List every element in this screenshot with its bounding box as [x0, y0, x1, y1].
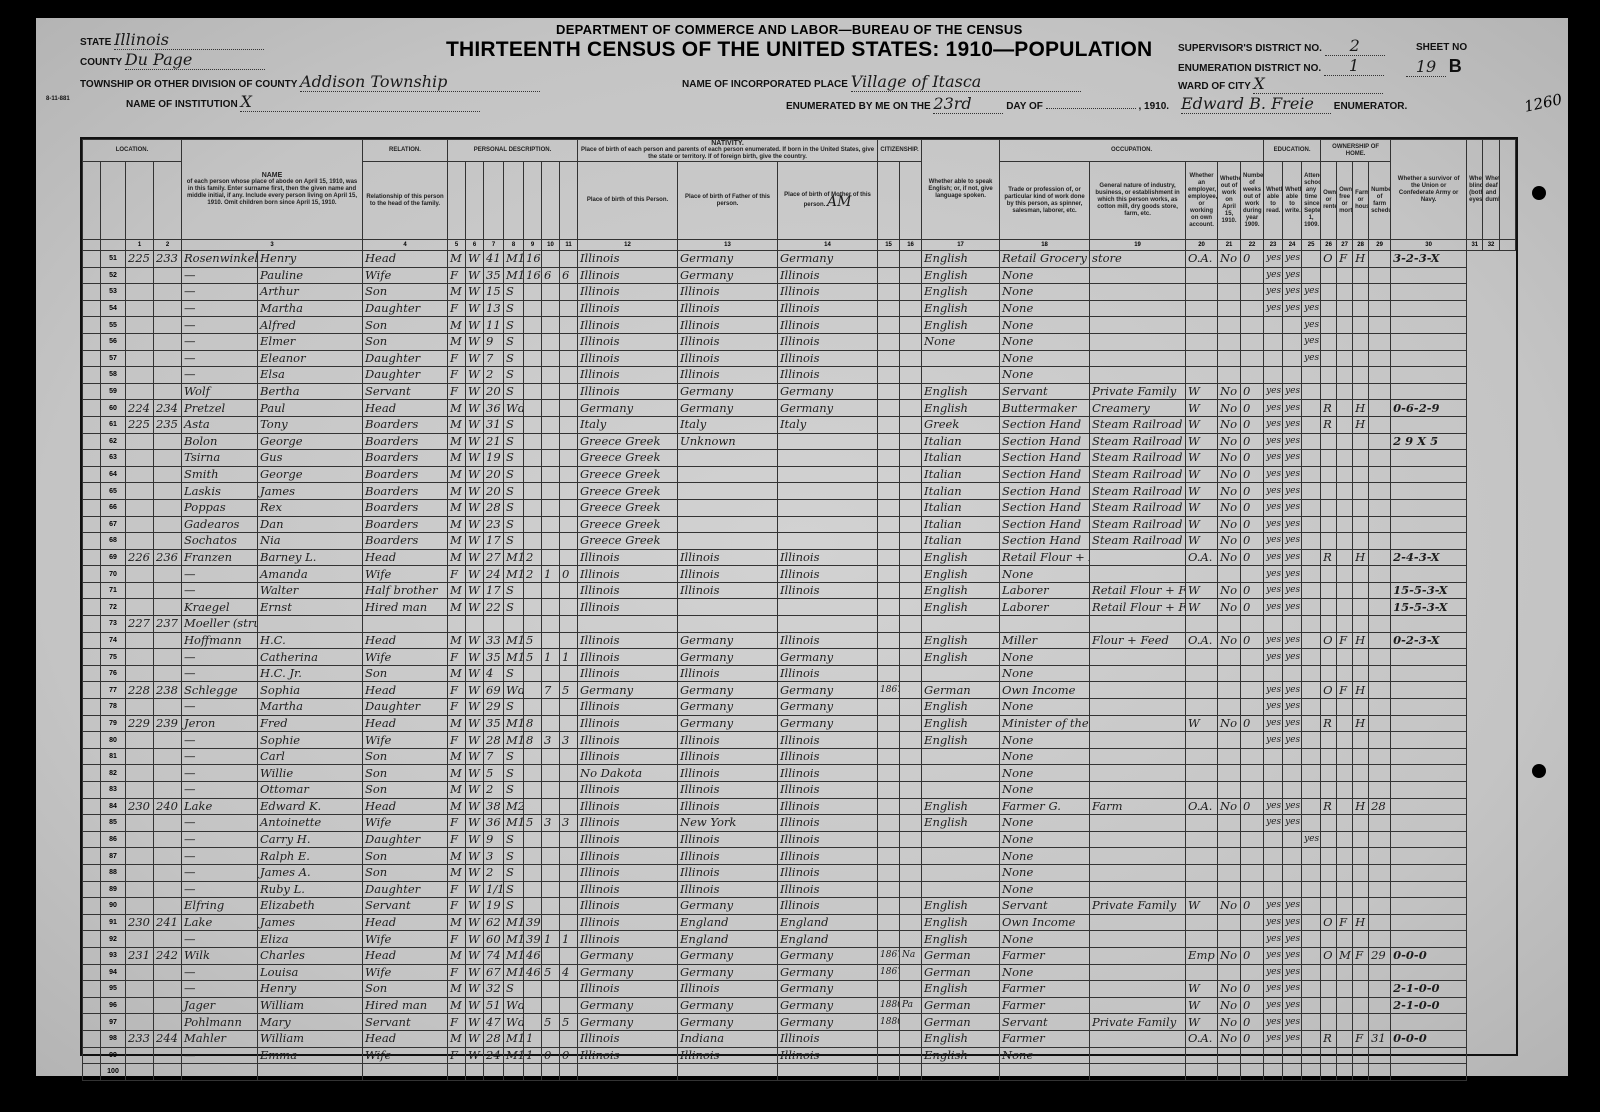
language	[922, 616, 1000, 633]
line-number: 53	[101, 284, 126, 301]
owned-rented: O	[1321, 682, 1337, 699]
dwelling-number	[126, 350, 154, 367]
farm-house	[1353, 599, 1369, 616]
line-number: 51	[101, 251, 126, 268]
naturalized	[900, 931, 922, 948]
age: 2	[484, 367, 504, 384]
farm-house	[1353, 699, 1369, 716]
naturalized	[900, 765, 922, 782]
out-of-work	[1218, 682, 1241, 699]
can-read: yes	[1264, 699, 1283, 716]
street-cell	[83, 947, 101, 964]
naturalized	[900, 616, 922, 633]
relation: Boarders	[363, 450, 448, 467]
children-born	[542, 1030, 560, 1047]
language: Italian	[922, 466, 1000, 483]
table-row: 63 Tsirna Gus Boarders M W 19 S Greece G…	[83, 450, 1516, 467]
children-living	[560, 831, 578, 848]
can-write: yes	[1283, 549, 1302, 566]
table-row: 61 225 235 Asta Tony Boarders M W 31 S I…	[83, 416, 1516, 433]
free-mortgaged	[1337, 931, 1353, 948]
can-write: yes	[1283, 383, 1302, 400]
given-name: Carl	[258, 748, 363, 765]
family-number	[154, 649, 182, 666]
weeks-out	[1241, 350, 1264, 367]
coded-notation	[1391, 732, 1467, 749]
children-living	[560, 383, 578, 400]
language: English	[922, 566, 1000, 583]
line-number: 62	[101, 433, 126, 450]
table-row: 80 — Sophie Wife F W 28 M1 8 3 3 Illinoi…	[83, 732, 1516, 749]
children-born	[542, 383, 560, 400]
owned-rented	[1321, 964, 1337, 981]
immigration-year: 1867	[878, 964, 900, 981]
coded-notation: 2-4-3-X	[1391, 549, 1467, 566]
marital-status: M1	[504, 649, 524, 666]
sex: F	[448, 267, 466, 284]
age: 33	[484, 632, 504, 649]
sex: M	[448, 582, 466, 599]
street-cell	[83, 765, 101, 782]
children-living: 5	[560, 682, 578, 699]
language: English	[922, 599, 1000, 616]
age: 28	[484, 499, 504, 516]
township-field: TOWNSHIP OR OTHER DIVISION OF COUNTY Add…	[80, 72, 540, 92]
dwelling-number: 224	[126, 400, 154, 417]
language: English	[922, 715, 1000, 732]
schedule-header: Number of farm schedule.	[1369, 162, 1391, 240]
father-birth-place: Illinois	[678, 765, 778, 782]
birth-place: Illinois	[578, 798, 678, 815]
street-cell	[83, 450, 101, 467]
family-number: 236	[154, 549, 182, 566]
language: German	[922, 997, 1000, 1014]
race: W	[466, 450, 484, 467]
given-name	[258, 1064, 363, 1081]
dwelling-number	[126, 533, 154, 550]
can-read	[1264, 864, 1283, 881]
farm-schedule	[1369, 317, 1391, 334]
children-living	[560, 549, 578, 566]
race	[466, 1064, 484, 1081]
immigration-year	[878, 483, 900, 500]
naturalized	[900, 831, 922, 848]
farm-schedule	[1369, 300, 1391, 317]
can-read: yes	[1264, 516, 1283, 533]
free-mortgaged	[1337, 997, 1353, 1014]
dwelling-number: 233	[126, 1030, 154, 1047]
mother-birth-place	[778, 450, 878, 467]
industry	[1090, 682, 1186, 699]
trade: Farmer	[1000, 981, 1090, 998]
weeks-out	[1241, 317, 1264, 334]
surname: —	[182, 699, 258, 716]
coded-notation	[1391, 931, 1467, 948]
years-married	[524, 300, 542, 317]
line-number: 60	[101, 400, 126, 417]
relation: Son	[363, 782, 448, 799]
relation: Son	[363, 864, 448, 881]
out-of-work: No	[1218, 251, 1241, 268]
marital-status: S	[504, 864, 524, 881]
line-number: 67	[101, 516, 126, 533]
age: 20	[484, 383, 504, 400]
weeks-out: 0	[1241, 632, 1264, 649]
years-married	[524, 616, 542, 633]
age: 22	[484, 599, 504, 616]
surname: —	[182, 931, 258, 948]
immigration-year	[878, 732, 900, 749]
col-num: 24	[1283, 240, 1302, 251]
school: yes	[1302, 831, 1321, 848]
race: W	[466, 267, 484, 284]
surname: —	[182, 765, 258, 782]
birth-place	[578, 616, 678, 633]
children-born	[542, 848, 560, 865]
out-of-work	[1218, 267, 1241, 284]
naturalized: Pa	[900, 997, 922, 1014]
industry	[1090, 964, 1186, 981]
industry	[1090, 649, 1186, 666]
given-name: Gus	[258, 450, 363, 467]
birth-person-header: Place of birth of this Person.	[578, 162, 678, 240]
children-born	[542, 665, 560, 682]
coded-notation	[1391, 317, 1467, 334]
immigration-year	[878, 748, 900, 765]
farm-house	[1353, 499, 1369, 516]
trade: Section Hand	[1000, 483, 1090, 500]
can-read: yes	[1264, 682, 1283, 699]
dwelling-number	[126, 699, 154, 716]
marital-status: S	[504, 881, 524, 898]
industry	[1090, 1064, 1186, 1081]
birth-place: Germany	[578, 682, 678, 699]
can-read: yes	[1264, 931, 1283, 948]
children-living: 1	[560, 931, 578, 948]
school	[1302, 533, 1321, 550]
street-cell	[83, 516, 101, 533]
surname: Pohlmann	[182, 1014, 258, 1031]
naturalized	[900, 914, 922, 931]
father-birth-place: Germany	[678, 947, 778, 964]
farm-schedule	[1369, 616, 1391, 633]
can-write	[1283, 782, 1302, 799]
marital-status: S	[504, 383, 524, 400]
birth-place: Illinois	[578, 831, 678, 848]
coded-notation	[1391, 715, 1467, 732]
surname: Wolf	[182, 383, 258, 400]
table-row: 60 224 234 Pretzel Paul Head M W 36 Wd G…	[83, 400, 1516, 417]
birth-place: Illinois	[578, 367, 678, 384]
can-write: yes	[1283, 898, 1302, 915]
years-married: 5	[524, 815, 542, 832]
owned-rented	[1321, 616, 1337, 633]
farm-house	[1353, 732, 1369, 749]
marital-status: Wd	[504, 682, 524, 699]
weeks-out	[1241, 782, 1264, 799]
race: W	[466, 1014, 484, 1031]
can-write	[1283, 616, 1302, 633]
children-living	[560, 699, 578, 716]
immigration-year: 186?	[878, 682, 900, 699]
family-number	[154, 732, 182, 749]
children-living	[560, 981, 578, 998]
children-living: 5	[560, 1014, 578, 1031]
naturalized	[900, 400, 922, 417]
birth-place: Illinois	[578, 914, 678, 931]
owned-rented	[1321, 881, 1337, 898]
immigration-year	[878, 499, 900, 516]
children-living	[560, 632, 578, 649]
table-row: 93 231 242 Wilk Charles Head M W 74 M1 4…	[83, 947, 1516, 964]
children-living	[560, 864, 578, 881]
line-number: 83	[101, 782, 126, 799]
weeks-out: 0	[1241, 599, 1264, 616]
dwelling-number	[126, 317, 154, 334]
age: 9	[484, 831, 504, 848]
employer-status	[1186, 649, 1218, 666]
years-married	[524, 416, 542, 433]
surname: Laskis	[182, 483, 258, 500]
father-birth-place	[678, 450, 778, 467]
mother-birth-place: Germany	[778, 715, 878, 732]
free-mortgaged	[1337, 433, 1353, 450]
farm-house: H	[1353, 682, 1369, 699]
sheet-number-field: 19 B	[1406, 56, 1462, 77]
can-read: yes	[1264, 964, 1283, 981]
employer-status	[1186, 350, 1218, 367]
birth-place: Illinois	[578, 333, 678, 350]
race: W	[466, 981, 484, 998]
employer-status: W	[1186, 383, 1218, 400]
mother-birth-place: Germany	[778, 964, 878, 981]
can-write: yes	[1283, 649, 1302, 666]
relation: Daughter	[363, 300, 448, 317]
birth-place: Illinois	[578, 748, 678, 765]
trade: Section Hand	[1000, 499, 1090, 516]
farm-schedule	[1369, 815, 1391, 832]
naturalized	[900, 416, 922, 433]
table-row: 81 — Carl Son M W 7 S Illinois Illinois …	[83, 748, 1516, 765]
sex: F	[448, 964, 466, 981]
children-living	[560, 914, 578, 931]
family-number	[154, 300, 182, 317]
street-cell	[83, 284, 101, 301]
owned-rented	[1321, 848, 1337, 865]
mother-birth-place: Germany	[778, 649, 878, 666]
industry: Farm	[1090, 798, 1186, 815]
children-living	[560, 881, 578, 898]
weeks-out	[1241, 732, 1264, 749]
weeks-out	[1241, 682, 1264, 699]
mother-birth-place: Illinois	[778, 284, 878, 301]
farm-house: H	[1353, 251, 1369, 268]
weeks-out	[1241, 1047, 1264, 1064]
trade: None	[1000, 782, 1090, 799]
industry: Steam Railroad	[1090, 516, 1186, 533]
race: W	[466, 699, 484, 716]
can-write	[1283, 765, 1302, 782]
month-blank	[1046, 108, 1136, 109]
employer-status: W	[1186, 466, 1218, 483]
mother-birth-place	[778, 599, 878, 616]
sex: M	[448, 284, 466, 301]
relation: Boarders	[363, 466, 448, 483]
trade: None	[1000, 881, 1090, 898]
table-row: 97 Pohlmann Mary Servant F W 47 Wd 5 5 G…	[83, 1014, 1516, 1031]
mother-birth-place: Germany	[778, 699, 878, 716]
years-married: 39	[524, 931, 542, 948]
weeks-out-header: Number of weeks out of work during year …	[1241, 162, 1264, 240]
street-cell	[83, 881, 101, 898]
language: Italian	[922, 483, 1000, 500]
street-cell	[83, 665, 101, 682]
dwelling-number: 226	[126, 549, 154, 566]
family-number	[154, 582, 182, 599]
dwelling-number	[126, 981, 154, 998]
line-number: 88	[101, 864, 126, 881]
marital-status: S	[504, 483, 524, 500]
relation	[363, 1064, 448, 1081]
farm-house	[1353, 748, 1369, 765]
immigration-year	[878, 699, 900, 716]
weeks-out: 0	[1241, 251, 1264, 268]
language: English	[922, 383, 1000, 400]
trade: Minister of the Gospel	[1000, 715, 1090, 732]
can-write: yes	[1283, 914, 1302, 931]
family-header	[154, 162, 182, 240]
family-number: 240	[154, 798, 182, 815]
farm-house	[1353, 466, 1369, 483]
given-name: Fred	[258, 715, 363, 732]
given-name: Walter	[258, 582, 363, 599]
naturalized	[900, 964, 922, 981]
language: German	[922, 682, 1000, 699]
trade: None	[1000, 649, 1090, 666]
farm-house	[1353, 533, 1369, 550]
birth-place: Illinois	[578, 848, 678, 865]
years-married: 46	[524, 964, 542, 981]
school	[1302, 864, 1321, 881]
marital-status: M1	[504, 549, 524, 566]
can-write: yes	[1283, 947, 1302, 964]
table-row: 72 Kraegel Ernst Hired man M W 22 S Illi…	[83, 599, 1516, 616]
weeks-out	[1241, 964, 1264, 981]
family-number	[154, 665, 182, 682]
marital-status: S	[504, 582, 524, 599]
language	[922, 748, 1000, 765]
years-married	[524, 367, 542, 384]
farm-house: H	[1353, 632, 1369, 649]
sex: F	[448, 931, 466, 948]
race-header	[466, 162, 484, 240]
farm-schedule	[1369, 699, 1391, 716]
day-of-label: DAY OF	[1006, 101, 1043, 112]
employer-status: W	[1186, 483, 1218, 500]
age: 13	[484, 300, 504, 317]
sex-header	[448, 162, 466, 240]
can-read: yes	[1264, 947, 1283, 964]
immigration-year	[878, 549, 900, 566]
dwelling-number	[126, 267, 154, 284]
farm-schedule	[1369, 1047, 1391, 1064]
years-married: 1	[524, 1047, 542, 1064]
sex: M	[448, 715, 466, 732]
free-mortgaged	[1337, 267, 1353, 284]
line-number: 95	[101, 981, 126, 998]
naturalized	[900, 433, 922, 450]
years-married	[524, 864, 542, 881]
school	[1302, 914, 1321, 931]
surname: —	[182, 665, 258, 682]
industry: Steam Railroad	[1090, 416, 1186, 433]
dwelling-number: 231	[126, 947, 154, 964]
surname: —	[182, 782, 258, 799]
coded-notation	[1391, 748, 1467, 765]
father-birth-place: Germany	[678, 632, 778, 649]
language	[922, 864, 1000, 881]
table-row: 71 — Walter Half brother M W 17 S Illino…	[83, 582, 1516, 599]
dwelling-number	[126, 599, 154, 616]
immigration-year	[878, 284, 900, 301]
owned-rented	[1321, 483, 1337, 500]
school: yes	[1302, 350, 1321, 367]
farm-house	[1353, 831, 1369, 848]
out-of-work	[1218, 284, 1241, 301]
census-table: LOCATION. NAMEof each person whose place…	[82, 139, 1516, 1081]
age: 2	[484, 782, 504, 799]
industry-header: General nature of industry, business, or…	[1090, 162, 1186, 240]
table-row: 85 — Antoinette Wife F W 36 M1 5 3 3 Ill…	[83, 815, 1516, 832]
trade: None	[1000, 964, 1090, 981]
children-living: 4	[560, 964, 578, 981]
race: W	[466, 682, 484, 699]
sex: M	[448, 400, 466, 417]
owned-rented	[1321, 267, 1337, 284]
surname: Bolon	[182, 433, 258, 450]
farm-house	[1353, 616, 1369, 633]
out-of-work: No	[1218, 416, 1241, 433]
free-mortgaged	[1337, 649, 1353, 666]
farm-schedule	[1369, 931, 1391, 948]
house-number-header	[101, 162, 126, 240]
school: yes	[1302, 284, 1321, 301]
col-num: 4	[363, 240, 448, 251]
farm-schedule	[1369, 732, 1391, 749]
weeks-out	[1241, 931, 1264, 948]
race: W	[466, 964, 484, 981]
children-living	[560, 416, 578, 433]
dwelling-number	[126, 433, 154, 450]
family-number	[154, 765, 182, 782]
farm-schedule	[1369, 267, 1391, 284]
dwelling-header	[126, 162, 154, 240]
children-living	[560, 765, 578, 782]
family-number	[154, 931, 182, 948]
surname: —	[182, 300, 258, 317]
age: 17	[484, 582, 504, 599]
surname: Moeller (struck out)	[182, 616, 258, 633]
language: German	[922, 964, 1000, 981]
farm-schedule	[1369, 682, 1391, 699]
children-born	[542, 450, 560, 467]
employer-status	[1186, 848, 1218, 865]
name-desc: of each person whose place of abode on A…	[184, 179, 360, 207]
father-birth-place: Germany	[678, 682, 778, 699]
relation: Head	[363, 947, 448, 964]
mother-birth-place	[778, 483, 878, 500]
sex: F	[448, 566, 466, 583]
